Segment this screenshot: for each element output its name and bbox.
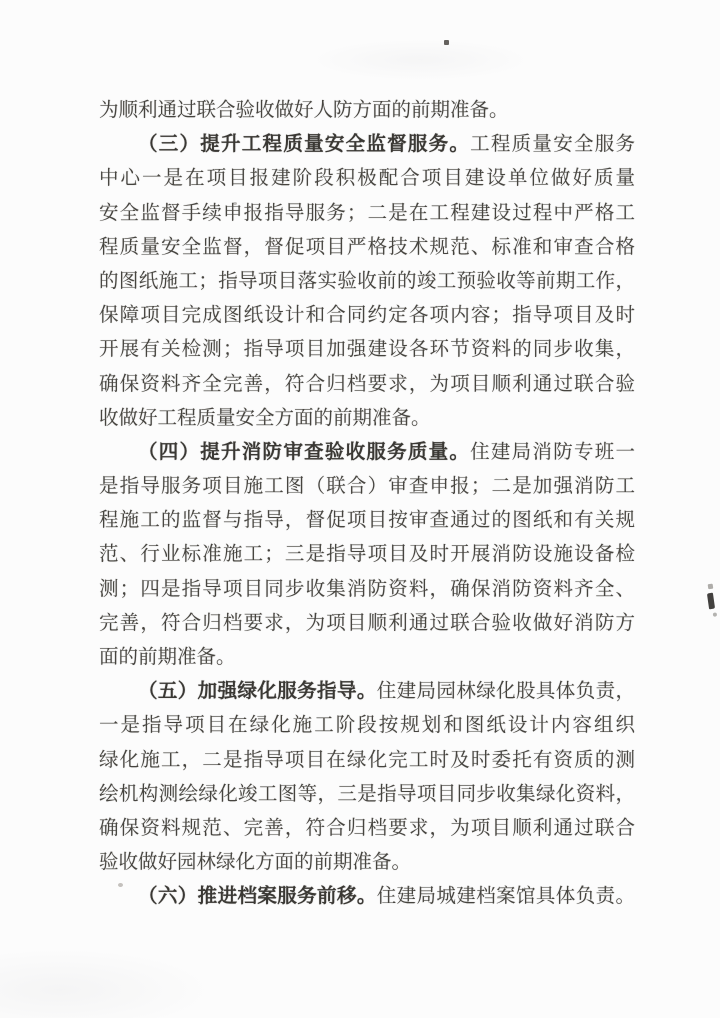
- document-body: 为顺利通过联合验收做好人防方面的前期准备。（三）提升工程质量安全监督服务。工程质…: [99, 94, 635, 915]
- text-line: 确保资料齐全完善，符合归档要求，为项目顺利通过联合验: [99, 368, 635, 402]
- line-text: 测；四是指导项目同步收集消防资料，确保消防资料齐全、: [99, 579, 635, 600]
- line-text: 中心一是在项目报建阶段积极配合项目建设单位做好质量: [99, 168, 635, 189]
- text-line: 程施工的监督与指导，督促项目按审查通过的图纸和有关规: [99, 504, 635, 538]
- line-text: 一是指导项目在绿化施工阶段按规划和图纸设计内容组织: [99, 715, 635, 736]
- text-line: 程质量安全监督，督促项目严格技术规范、标准和审查合格: [99, 231, 635, 265]
- line-text: 完善，符合归档要求，为项目顺利通过联合验收做好消防方: [99, 613, 635, 634]
- line-text: 安全监督手续申报指导服务；二是在工程建设过程中严格工: [99, 203, 635, 224]
- text-line: 验收做好园林绿化方面的前期准备。: [99, 846, 635, 880]
- text-line: 开展有关检测；指导项目加强建设各环节资料的同步收集，: [99, 333, 635, 367]
- line-text: 开展有关检测；指导项目加强建设各环节资料的同步收集，: [99, 339, 635, 360]
- line-text: 住建局园林绿化股具体负责，: [377, 681, 635, 702]
- line-text: 程施工的监督与指导，督促项目按审查通过的图纸和有关规: [99, 510, 635, 531]
- text-line: 中心一是在项目报建阶段积极配合项目建设单位做好质量: [99, 162, 635, 196]
- text-line: 收做好工程质量安全方面的前期准备。: [99, 402, 635, 436]
- paragraph-heading-line: （六）推进档案服务前移。住建局城建档案馆具体负责。: [99, 880, 635, 914]
- text-line: 为顺利通过联合验收做好人防方面的前期准备。: [99, 94, 635, 128]
- text-line: 的图纸施工；指导项目落实验收前的竣工预验收等前期工作，: [99, 265, 635, 299]
- scan-speck-top: [444, 40, 449, 45]
- paragraph-heading-line: （四）提升消防审查验收服务质量。住建局消防专班一: [99, 436, 635, 470]
- text-line: 保障项目完成图纸设计和合同约定各项内容；指导项目及时: [99, 299, 635, 333]
- line-text: 收做好工程质量安全方面的前期准备。: [99, 408, 431, 429]
- line-text: 绿化施工，二是指导项目在绿化完工时及时委托有资质的测: [99, 750, 635, 771]
- line-text: 确保资料齐全完善，符合归档要求，为项目顺利通过联合验: [99, 374, 635, 395]
- text-line: 是指导服务项目施工图（联合）审查申报；二是加强消防工: [99, 470, 635, 504]
- line-text: 程质量安全监督，督促项目严格技术规范、标准和审查合格: [99, 237, 635, 258]
- line-text: 为顺利通过联合验收做好人防方面的前期准备。: [99, 100, 509, 121]
- line-text: 范、行业标准施工；三是指导项目及时开展消防设施设备检: [99, 544, 635, 565]
- paragraph-heading-line: （五）加强绿化服务指导。住建局园林绿化股具体负责，: [99, 675, 635, 709]
- text-line: 范、行业标准施工；三是指导项目及时开展消防设施设备检: [99, 538, 635, 572]
- text-line: 确保资料规范、完善，符合归档要求，为项目顺利通过联合: [99, 812, 635, 846]
- paragraph-heading-text: （五）加强绿化服务指导。: [138, 681, 377, 702]
- text-line: 一是指导项目在绿化施工阶段按规划和图纸设计内容组织: [99, 709, 635, 743]
- line-text: 面的前期准备。: [99, 647, 236, 668]
- text-line: 安全监督手续申报指导服务；二是在工程建设过程中严格工: [99, 197, 635, 231]
- line-text: 确保资料规范、完善，符合归档要求，为项目顺利通过联合: [99, 818, 635, 839]
- line-text: 住建局消防专班一: [470, 442, 635, 463]
- line-text: 保障项目完成图纸设计和合同约定各项内容；指导项目及时: [99, 305, 635, 326]
- text-line: 绘机构测绘绿化竣工图等，三是指导项目同步收集绿化资料，: [99, 778, 635, 812]
- text-line: 绿化施工，二是指导项目在绿化完工时及时委托有资质的测: [99, 744, 635, 778]
- text-line: 完善，符合归档要求，为项目顺利通过联合验收做好消防方: [99, 607, 635, 641]
- line-text: 绘机构测绘绿化竣工图等，三是指导项目同步收集绿化资料，: [99, 784, 635, 805]
- line-text: 住建局城建档案馆具体负责。: [377, 886, 635, 907]
- line-text: 验收做好园林绿化方面的前期准备。: [99, 852, 411, 873]
- line-text: 是指导服务项目施工图（联合）审查申报；二是加强消防工: [99, 476, 635, 497]
- document-page: 为顺利通过联合验收做好人防方面的前期准备。（三）提升工程质量安全监督服务。工程质…: [0, 0, 720, 1018]
- line-text: 工程质量安全服务: [470, 134, 635, 155]
- text-line: 面的前期准备。: [99, 641, 635, 675]
- paragraph-heading-text: （六）推进档案服务前移。: [138, 886, 377, 907]
- paragraph-heading-line: （三）提升工程质量安全监督服务。工程质量安全服务: [99, 128, 635, 162]
- paragraph-heading-text: （四）提升消防审查验收服务质量。: [138, 442, 470, 463]
- text-line: 测；四是指导项目同步收集消防资料，确保消防资料齐全、: [99, 573, 635, 607]
- scan-smudge-right-edge: [707, 593, 715, 610]
- line-text: 的图纸施工；指导项目落实验收前的竣工预验收等前期工作，: [99, 271, 635, 292]
- paragraph-heading-text: （三）提升工程质量安全监督服务。: [138, 134, 470, 155]
